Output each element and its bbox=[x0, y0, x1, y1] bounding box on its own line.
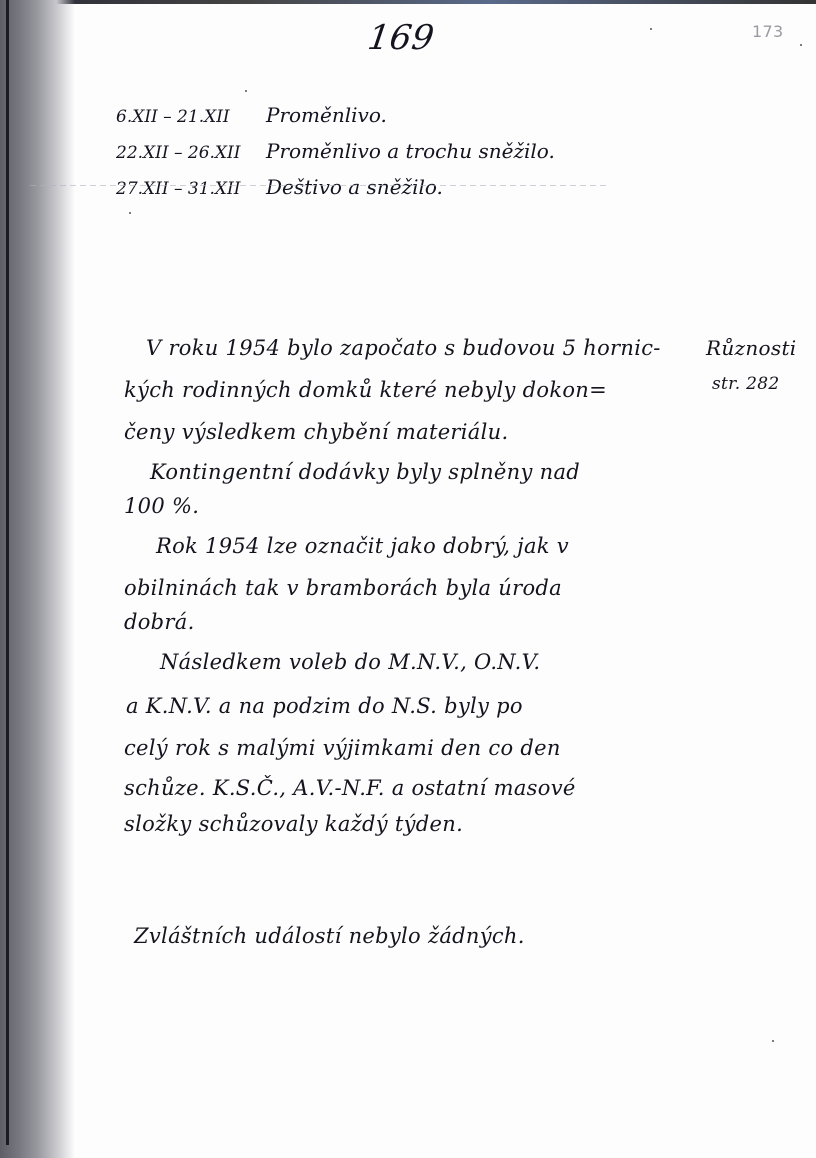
body-text-line: čeny výsledkem chybění materiálu. bbox=[124, 420, 508, 444]
scan-speck bbox=[800, 44, 802, 46]
page-number: 169 bbox=[365, 18, 436, 58]
body-text-line: obilninách tak v bramborách byla úroda bbox=[124, 576, 562, 600]
book-binding-line bbox=[6, 0, 9, 1145]
body-text-line: Následkem voleb do M.N.V., O.N.V. bbox=[160, 650, 540, 674]
body-text-line: Rok 1954 lze označit jako dobrý, jak v bbox=[156, 534, 569, 558]
weather-description: Deštivo a sněžilo. bbox=[266, 175, 443, 199]
scan-speck bbox=[129, 212, 131, 214]
margin-note-reference: str. 282 bbox=[712, 374, 779, 394]
scan-speck bbox=[650, 28, 652, 30]
weather-date-range: 6.XII – 21.XII bbox=[116, 107, 266, 127]
closing-statement: Zvláštních událostí nebylo žádných. bbox=[134, 924, 525, 948]
weather-entry: 22.XII – 26.XII Proměnlivo a trochu sněž… bbox=[116, 139, 555, 169]
body-text-line: a K.N.V. a na podzim do N.S. byly po bbox=[126, 694, 523, 718]
weather-description: Proměnlivo. bbox=[266, 103, 387, 127]
body-text-line: V roku 1954 bylo započato s budovou 5 ho… bbox=[146, 336, 661, 360]
weather-entry: 6.XII – 21.XII Proměnlivo. bbox=[116, 103, 387, 133]
body-text-line: schůze. K.S.Č., A.V.-N.F. a ostatní maso… bbox=[124, 776, 576, 800]
archive-stamp-number: 173 bbox=[752, 22, 783, 41]
scanned-chronicle-page: 169 173 6.XII – 21.XII Proměnlivo. 22.XI… bbox=[0, 0, 816, 1158]
body-text-line: Kontingentní dodávky byly splněny nad bbox=[150, 460, 580, 484]
weather-description: Proměnlivo a trochu sněžilo. bbox=[266, 139, 555, 163]
body-text-line: složky schůzovaly každý týden. bbox=[124, 812, 463, 836]
scan-top-edge bbox=[0, 0, 816, 4]
body-text-line: 100 %. bbox=[124, 494, 199, 518]
body-text-line: dobrá. bbox=[124, 610, 195, 634]
body-text-line: celý rok s malými výjimkami den co den bbox=[124, 736, 561, 760]
weather-date-range: 27.XII – 31.XII bbox=[116, 179, 266, 199]
weather-entry: 27.XII – 31.XII Deštivo a sněžilo. bbox=[116, 175, 443, 205]
scan-speck bbox=[245, 90, 247, 92]
book-binding-shadow bbox=[0, 0, 75, 1158]
weather-date-range: 22.XII – 26.XII bbox=[116, 143, 266, 163]
scan-speck bbox=[772, 1040, 774, 1042]
faint-ruled-line bbox=[30, 185, 610, 186]
body-text-line: kých rodinných domků které nebyly dokon= bbox=[124, 378, 607, 402]
margin-note-title: Různosti bbox=[706, 336, 797, 360]
